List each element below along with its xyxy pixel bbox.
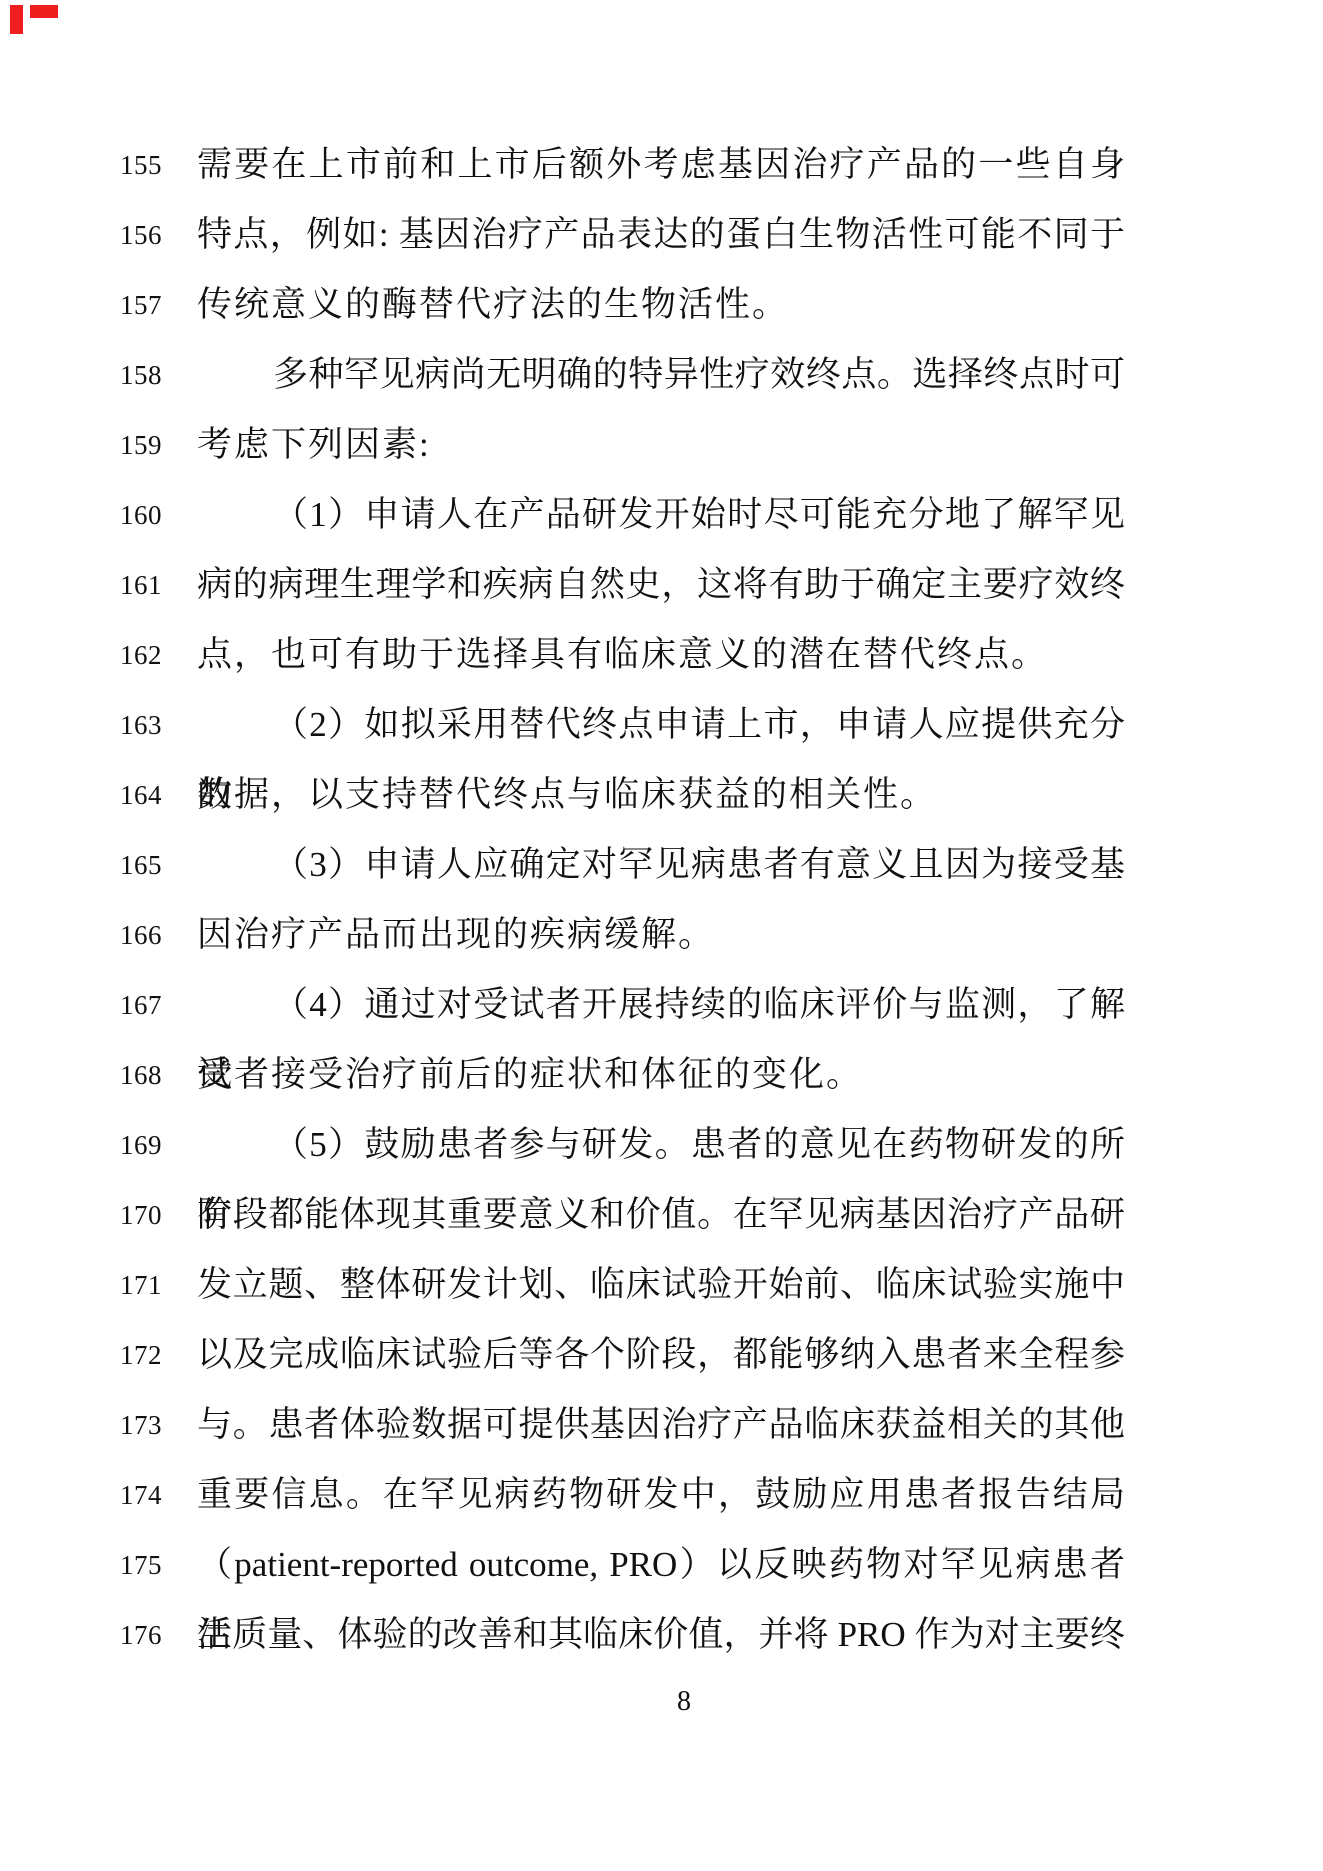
text-line: 174 重要信息。在罕见病药物研发中，鼓励应用患者报告结局 xyxy=(0,1460,1323,1530)
red-corner-mark-horizontal xyxy=(30,5,58,18)
line-number: 158 xyxy=(120,340,162,410)
line-number: 159 xyxy=(120,410,162,480)
text-line: 157 传统意义的酶替代疗法的生物活性。 xyxy=(0,270,1323,340)
text-line: 167 （4）通过对受试者开展持续的临床评价与监测，了解受 xyxy=(0,970,1323,1040)
line-number: 161 xyxy=(120,550,162,620)
line-number: 156 xyxy=(120,200,162,270)
line-number: 155 xyxy=(120,130,162,200)
line-text: 以及完成临床试验后等各个阶段，都能够纳入患者来全程参 xyxy=(197,1320,1125,1390)
line-number: 171 xyxy=(120,1250,162,1320)
text-line: 175 （patient-reported outcome, PRO）以反映药物… xyxy=(0,1530,1323,1600)
line-number: 170 xyxy=(120,1180,162,1250)
document-page: 155 需要在上市前和上市后额外考虑基因治疗产品的一些自身 156 特点，例如:… xyxy=(0,0,1323,1871)
line-number: 168 xyxy=(120,1040,162,1110)
line-number: 166 xyxy=(120,900,162,970)
text-line: 170 阶段都能体现其重要意义和价值。在罕见病基因治疗产品研 xyxy=(0,1180,1323,1250)
text-line: 171 发立题、整体研发计划、临床试验开始前、临床试验实施中 xyxy=(0,1250,1323,1320)
line-number: 163 xyxy=(120,690,162,760)
line-text: 发立题、整体研发计划、临床试验开始前、临床试验实施中 xyxy=(197,1250,1125,1320)
line-number: 162 xyxy=(120,620,162,690)
text-line: 168 试者接受治疗前后的症状和体征的变化。 xyxy=(0,1040,1323,1110)
line-text: 多种罕见病尚无明确的特异性疗效终点。选择终点时可 xyxy=(197,340,1125,410)
line-text: 试者接受治疗前后的症状和体征的变化。 xyxy=(197,1040,1125,1110)
line-number: 172 xyxy=(120,1320,162,1390)
line-number: 173 xyxy=(120,1390,162,1460)
line-number: 174 xyxy=(120,1460,162,1530)
text-line: 169 （5）鼓励患者参与研发。患者的意见在药物研发的所有 xyxy=(0,1110,1323,1180)
line-number: 176 xyxy=(120,1600,162,1670)
text-line: 159 考虑下列因素: xyxy=(0,410,1323,480)
text-line: 164 数据，以支持替代终点与临床获益的相关性。 xyxy=(0,760,1323,830)
line-number: 175 xyxy=(120,1530,162,1600)
line-text: 病的病理生理学和疾病自然史，这将有助于确定主要疗效终 xyxy=(197,550,1125,620)
red-corner-mark-vertical xyxy=(10,5,23,34)
text-line: 162 点，也可有助于选择具有临床意义的潜在替代终点。 xyxy=(0,620,1323,690)
text-line: 156 特点，例如: 基因治疗产品表达的蛋白生物活性可能不同于 xyxy=(0,200,1323,270)
line-number: 167 xyxy=(120,970,162,1040)
line-text: 因治疗产品而出现的疾病缓解。 xyxy=(197,900,1125,970)
line-text: 与。患者体验数据可提供基因治疗产品临床获益相关的其他 xyxy=(197,1390,1125,1460)
line-text: 重要信息。在罕见病药物研发中，鼓励应用患者报告结局 xyxy=(197,1460,1125,1530)
line-text: 特点，例如: 基因治疗产品表达的蛋白生物活性可能不同于 xyxy=(197,200,1125,270)
line-text: 需要在上市前和上市后额外考虑基因治疗产品的一些自身 xyxy=(197,130,1125,200)
line-text: 点，也可有助于选择具有临床意义的潜在替代终点。 xyxy=(197,620,1125,690)
line-number: 160 xyxy=(120,480,162,550)
line-number: 169 xyxy=(120,1110,162,1180)
line-number: 164 xyxy=(120,760,162,830)
text-line: 160 （1）申请人在产品研发开始时尽可能充分地了解罕见 xyxy=(0,480,1323,550)
text-line: 163 （2）如拟采用替代终点申请上市，申请人应提供充分的 xyxy=(0,690,1323,760)
text-line: 166 因治疗产品而出现的疾病缓解。 xyxy=(0,900,1323,970)
line-number: 157 xyxy=(120,270,162,340)
line-number: 165 xyxy=(120,830,162,900)
line-text: 数据，以支持替代终点与临床获益的相关性。 xyxy=(197,760,1125,830)
line-text: 活质量、体验的改善和其临床价值，并将 PRO 作为对主要终 xyxy=(197,1600,1125,1670)
text-line: 155 需要在上市前和上市后额外考虑基因治疗产品的一些自身 xyxy=(0,130,1323,200)
line-text: 传统意义的酶替代疗法的生物活性。 xyxy=(197,270,1125,340)
text-line: 165 （3）申请人应确定对罕见病患者有意义且因为接受基 xyxy=(0,830,1323,900)
line-text: 考虑下列因素: xyxy=(197,410,1125,480)
text-line: 161 病的病理生理学和疾病自然史，这将有助于确定主要疗效终 xyxy=(0,550,1323,620)
text-line: 176 活质量、体验的改善和其临床价值，并将 PRO 作为对主要终 xyxy=(0,1600,1323,1670)
text-line: 158 多种罕见病尚无明确的特异性疗效终点。选择终点时可 xyxy=(0,340,1323,410)
text-line: 172 以及完成临床试验后等各个阶段，都能够纳入患者来全程参 xyxy=(0,1320,1323,1390)
line-text: （1）申请人在产品研发开始时尽可能充分地了解罕见 xyxy=(197,480,1125,550)
text-line: 173 与。患者体验数据可提供基因治疗产品临床获益相关的其他 xyxy=(0,1390,1323,1460)
line-text: （3）申请人应确定对罕见病患者有意义且因为接受基 xyxy=(197,830,1125,900)
line-text: 阶段都能体现其重要意义和价值。在罕见病基因治疗产品研 xyxy=(197,1180,1125,1250)
page-number: 8 xyxy=(220,1672,1148,1732)
